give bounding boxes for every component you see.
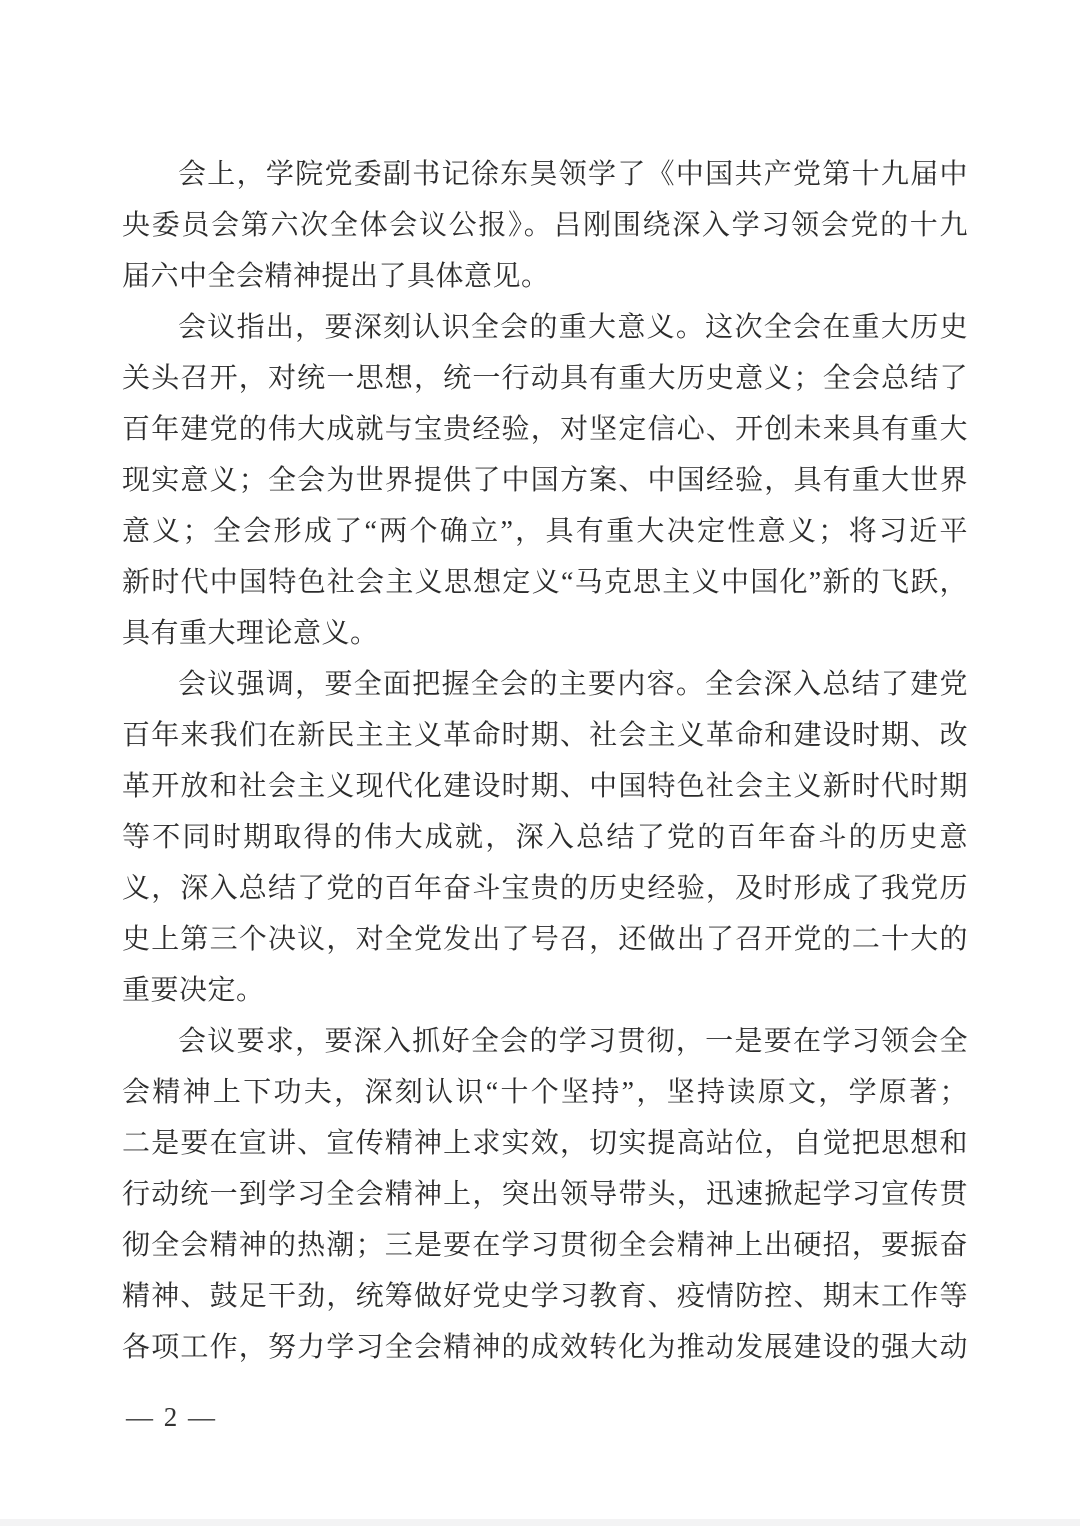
text-line: 会议指出，要深刻认识全会的重大意义。这次全会在重大历史: [122, 302, 968, 353]
text-line: 重要决定。: [122, 965, 968, 1016]
text-line: 革开放和社会主义现代化建设时期、中国特色社会主义新时代时期: [122, 761, 968, 812]
document-body: 会上，学院党委副书记徐东昊领学了《中国共产党第十九届中央委员会第六次全体会议公报…: [122, 149, 968, 1373]
text-line: 等不同时期取得的伟大成就，深入总结了党的百年奋斗的历史意: [122, 812, 968, 863]
text-line: 百年建党的伟大成就与宝贵经验，对坚定信心、开创未来具有重大: [122, 404, 968, 455]
text-line: 会议强调，要全面把握全会的主要内容。全会深入总结了建党: [122, 659, 968, 710]
text-line: 意义；全会形成了“两个确立”，具有重大决定性意义；将习近平: [122, 506, 968, 557]
text-line: 会议要求，要深入抓好全会的学习贯彻，一是要在学习领会全: [122, 1016, 968, 1067]
text-line: 精神、鼓足干劲，统筹做好党史学习教育、疫情防控、期末工作等: [122, 1271, 968, 1322]
text-line: 具有重大理论意义。: [122, 608, 968, 659]
text-line: 新时代中国特色社会主义思想定义“马克思主义中国化”新的飞跃，: [122, 557, 968, 608]
text-line: 会上，学院党委副书记徐东昊领学了《中国共产党第十九届中: [122, 149, 968, 200]
text-line: 各项工作，努力学习全会精神的成效转化为推动发展建设的强大动: [122, 1322, 968, 1373]
text-line: 百年来我们在新民主主义革命时期、社会主义革命和建设时期、改: [122, 710, 968, 761]
text-line: 会精神上下功夫，深刻认识“十个坚持”，坚持读原文，学原著；: [122, 1067, 968, 1118]
scan-bottom-edge: [0, 1519, 1080, 1526]
text-line: 央委员会第六次全体会议公报》。吕刚围绕深入学习领会党的十九: [122, 200, 968, 251]
scanned-document-page: 会上，学院党委副书记徐东昊领学了《中国共产党第十九届中央委员会第六次全体会议公报…: [0, 0, 1080, 1526]
text-line: 史上第三个决议，对全党发出了号召，还做出了召开党的二十大的: [122, 914, 968, 965]
text-line: 届六中全会精神提出了具体意见。: [122, 251, 968, 302]
text-line: 行动统一到学习全会精神上，突出领导带头，迅速掀起学习宣传贯: [122, 1169, 968, 1220]
text-line: 彻全会精神的热潮；三是要在学习贯彻全会精神上出硬招，要振奋: [122, 1220, 968, 1271]
text-line: 义，深入总结了党的百年奋斗宝贵的历史经验，及时形成了我党历: [122, 863, 968, 914]
text-line: 二是要在宣讲、宣传精神上求实效，切实提高站位，自觉把思想和: [122, 1118, 968, 1169]
text-line: 关头召开，对统一思想，统一行动具有重大历史意义；全会总结了: [122, 353, 968, 404]
page-number: — 2 —: [126, 1396, 217, 1438]
text-line: 现实意义；全会为世界提供了中国方案、中国经验，具有重大世界: [122, 455, 968, 506]
